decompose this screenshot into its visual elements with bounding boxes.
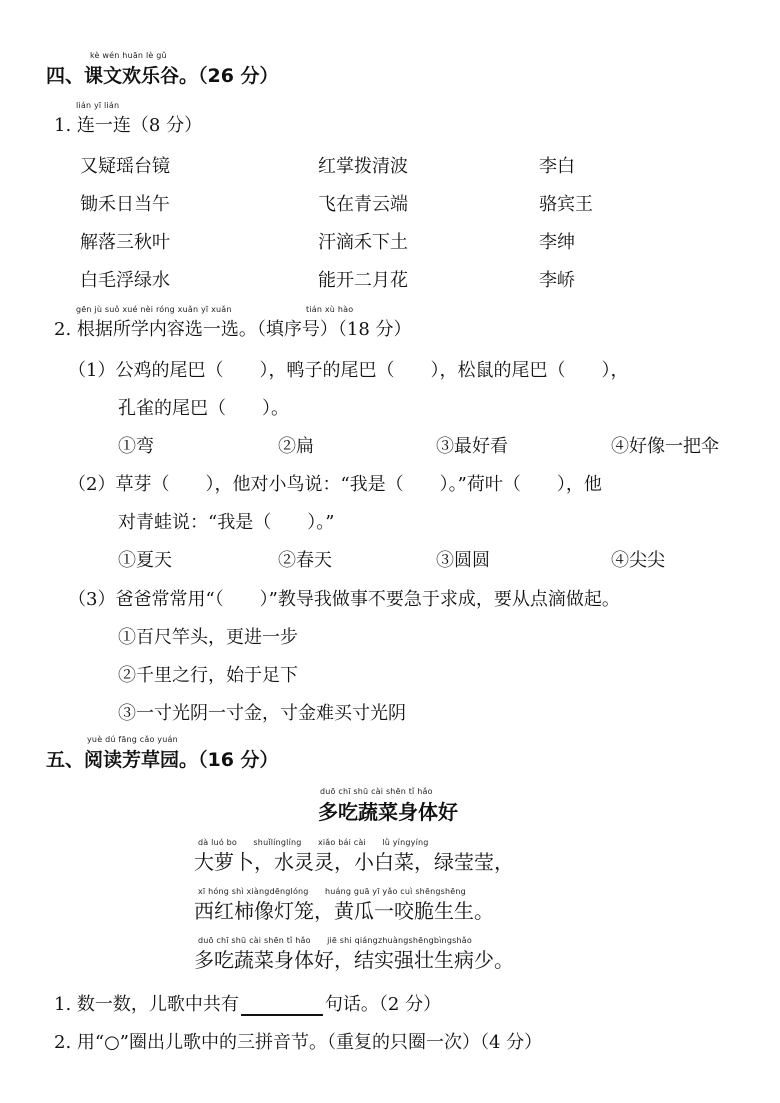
match-right-2[interactable]: 骆宾王 — [539, 190, 593, 216]
q2-sub2-option-4: ④尖尖 — [611, 546, 665, 572]
match-mid-2[interactable]: 飞在青云端 — [318, 190, 408, 216]
q1-title: 1. 连一连（8 分） — [54, 111, 202, 137]
q2-sub3-line1: （3）爸爸常常用“（ ）”教导我做事不要急于求成，要从点滴做起。 — [68, 585, 620, 611]
poem-line-2: 西红柿像灯笼，黄瓜一咬脆生生。 — [194, 895, 494, 924]
q2-sub2-option-1: ①夏天 — [118, 546, 172, 572]
section5-pinyin: yuè dú fāng cǎo yuán — [87, 735, 178, 744]
q2-sub1-option-3: ③最好看 — [436, 432, 508, 458]
q2-sub2-line2: 对青蛙说：“我是（ ）。” — [118, 508, 334, 534]
q2-sub1-option-2: ②扁 — [278, 432, 314, 458]
section4-pinyin: kè wén huān lè gǔ — [90, 51, 167, 60]
poem-line-1: 大萝卜，水灵灵，小白菜，绿莹莹， — [194, 846, 514, 875]
match-left-2[interactable]: 锄禾日当午 — [80, 190, 170, 216]
match-mid-3[interactable]: 汗滴禾下土 — [318, 228, 408, 254]
poem-title: 多吃蔬菜身体好 — [318, 796, 458, 825]
q2-sub3-option-3: ③一寸光阴一寸金，寸金难买寸光阴 — [118, 699, 406, 725]
section5-q1: 1. 数一数，儿歌中共有句话。（2 分） — [54, 990, 441, 1016]
match-left-4[interactable]: 白毛浮绿水 — [80, 266, 170, 292]
match-right-4[interactable]: 李峤 — [539, 266, 575, 292]
q2-sub3-option-1: ①百尺竿头，更进一步 — [118, 623, 298, 649]
match-left-1[interactable]: 又疑瑶台镜 — [80, 152, 170, 178]
section5-q1-prefix: 1. 数一数，儿歌中共有 — [54, 994, 239, 1015]
q2-sub1-option-4: ④好像一把伞 — [611, 432, 719, 458]
q2-sub3-option-2: ②千里之行，始于足下 — [118, 661, 298, 687]
match-right-3[interactable]: 李绅 — [539, 228, 575, 254]
section5-q2: 2. 用“○”圈出儿歌中的三拼音节。（重复的只圈一次）（4 分） — [54, 1028, 542, 1054]
q2-pinyin-b: tián xù hào — [306, 305, 353, 314]
match-right-1[interactable]: 李白 — [539, 152, 575, 178]
match-mid-4[interactable]: 能开二月花 — [318, 266, 408, 292]
q2-sub1-option-1: ①弯 — [118, 432, 154, 458]
section4-title: 四、课文欢乐谷。（26 分） — [46, 61, 279, 88]
q2-sub2-line1: （2）草芽（ ），他对小鸟说：“我是（ ）。”荷叶（ ），他 — [68, 470, 602, 496]
q2-pinyin-a: gēn jù suǒ xué nèi róng xuǎn yī xuǎn — [76, 305, 232, 314]
poem-title-pinyin: duō chī shū cài shēn tǐ hǎo — [320, 787, 433, 796]
poem-line-3: 多吃蔬菜身体好，结实强壮生病少。 — [194, 944, 514, 973]
match-mid-1[interactable]: 红掌拨清波 — [318, 152, 408, 178]
section5-title: 五、阅读芳草园。（16 分） — [46, 745, 279, 772]
section5-q1-suffix: 句话。（2 分） — [325, 994, 441, 1015]
match-left-3[interactable]: 解落三秋叶 — [80, 228, 170, 254]
answer-blank[interactable] — [241, 996, 323, 1016]
q2-sub1-line2: 孔雀的尾巴（ ）。 — [118, 394, 289, 420]
q2-sub2-option-3: ③圆圆 — [436, 546, 490, 572]
q2-sub2-option-2: ②春天 — [278, 546, 332, 572]
q2-sub1-line1: （1）公鸡的尾巴（ ），鸭子的尾巴（ ），松鼠的尾巴（ ）， — [68, 356, 628, 382]
q1-pinyin: lián yī lián — [76, 101, 119, 110]
q2-title: 2. 根据所学内容选一选。（填序号）（18 分） — [54, 315, 412, 341]
